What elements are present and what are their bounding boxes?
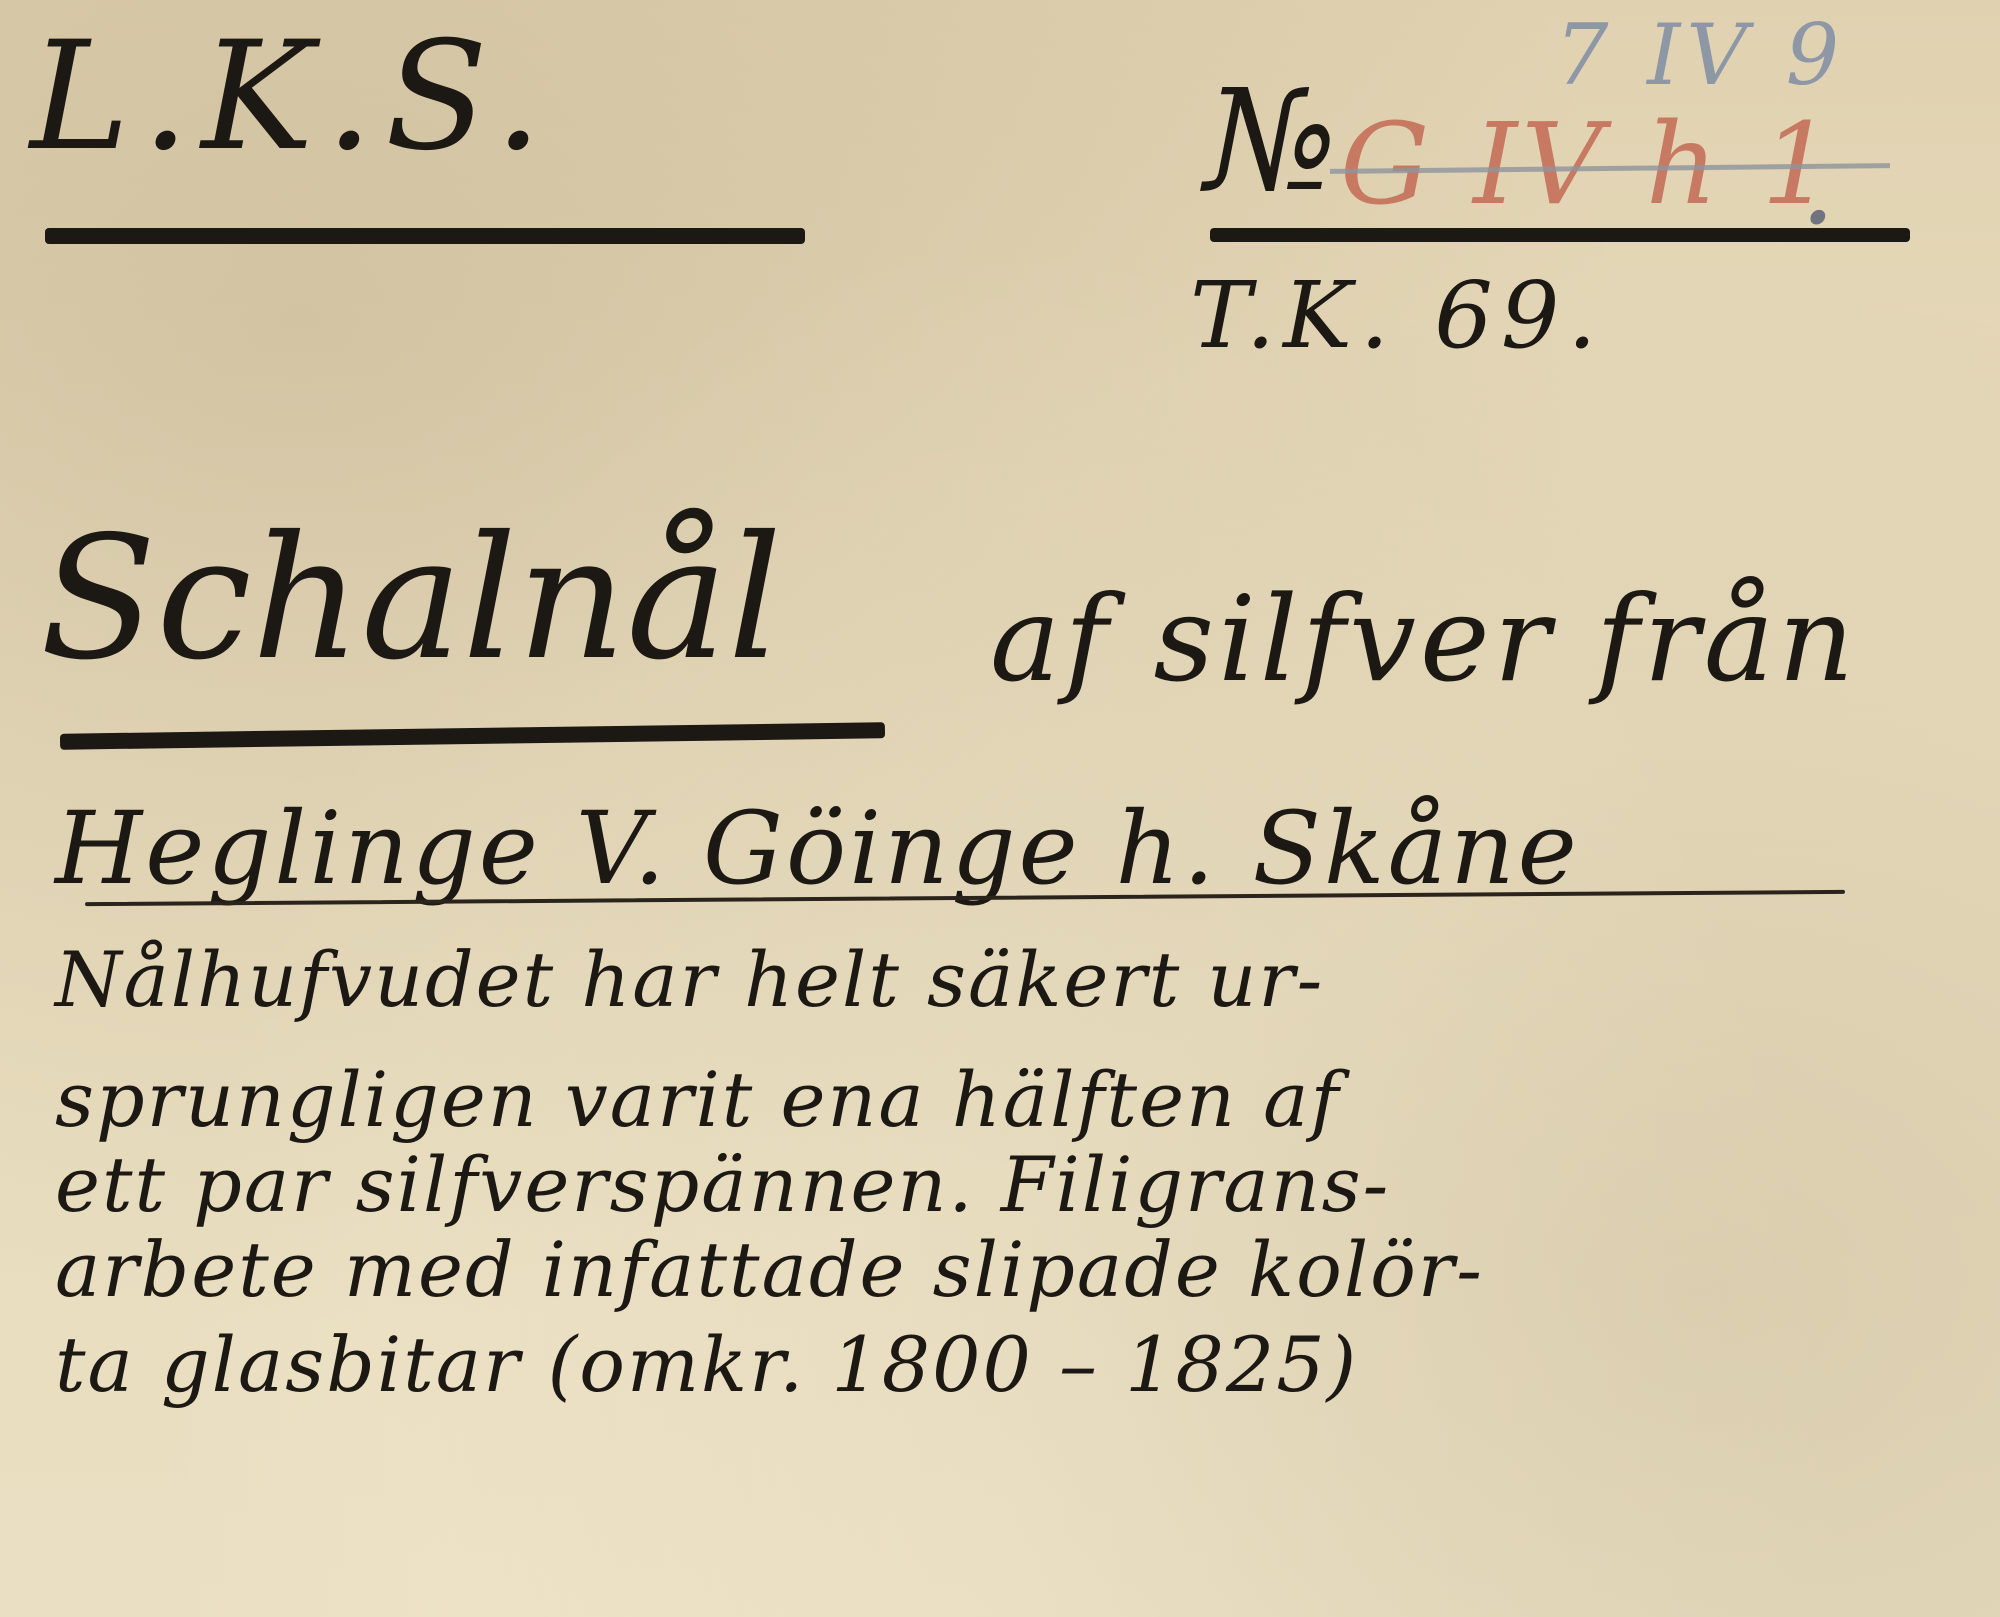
title-continuation: af silfver från	[990, 570, 1858, 708]
secondary-reference: T.K. 69.	[1190, 262, 1605, 369]
description-line: Nålhufvudet har helt säkert ur-	[55, 935, 1324, 1024]
object-title-underline	[60, 722, 885, 750]
collection-mark: L.K.S.	[30, 10, 554, 184]
collection-mark-underline	[45, 228, 805, 244]
description-line: ett par silfverspännen. Filigrans-	[55, 1140, 1390, 1229]
catalog-card: L.K.S. № 7 IV 9 G IV h 1 . T.K. 69. Scha…	[0, 0, 2000, 1617]
description-line: ta glasbitar (omkr. 1800 – 1825)	[55, 1320, 1358, 1409]
number-underline	[1210, 228, 1910, 242]
number-label: №	[1205, 60, 1337, 223]
object-title: Schalnål	[40, 500, 782, 698]
provenance: Heglinge V. Göinge h. Skåne	[55, 790, 1580, 907]
catalog-number-current: 7 IV 9	[1555, 6, 1845, 104]
description-line: arbete med infattade slipade kolör-	[55, 1225, 1484, 1314]
description-line: sprungligen varit ena hälften af	[55, 1055, 1341, 1144]
